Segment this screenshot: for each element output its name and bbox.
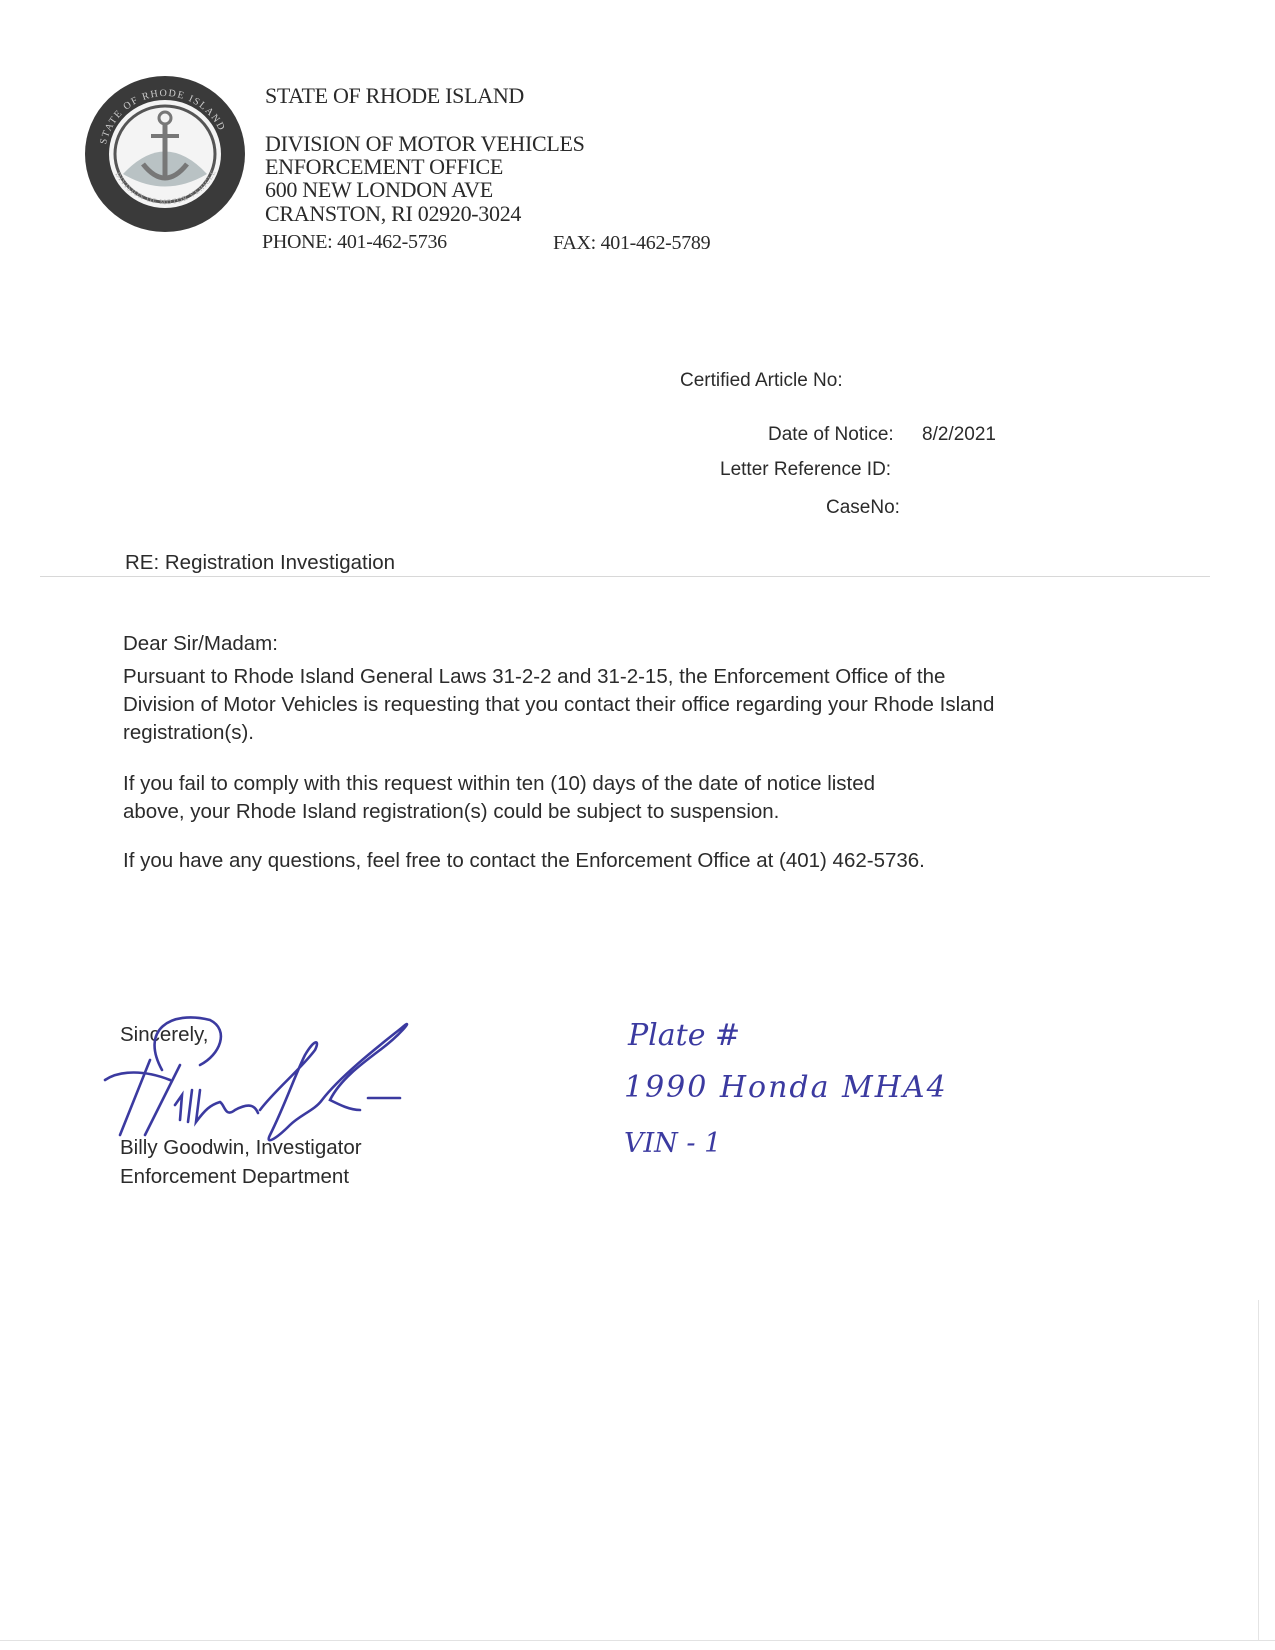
handwritten-plate-label: Plate # <box>628 1018 740 1053</box>
letterhead-phone: PHONE: 401-462-5736 <box>262 231 447 254</box>
paragraph-1-line-1: Pursuant to Rhode Island General Laws 31… <box>123 663 945 691</box>
paragraph-1-line-2: Division of Motor Vehicles is requesting… <box>123 691 994 719</box>
subject-line: RE: Registration Investigation <box>125 549 395 577</box>
handwritten-vin: VIN - 1 <box>624 1128 721 1159</box>
date-of-notice-label: Date of Notice: <box>768 424 894 446</box>
case-number-label: CaseNo: <box>826 497 900 519</box>
handwritten-signature <box>100 1010 430 1150</box>
paragraph-2-line-1: If you fail to comply with this request … <box>123 770 875 798</box>
paragraph-1-line-3: registration(s). <box>123 719 254 747</box>
signer-department: Enforcement Department <box>120 1163 349 1191</box>
certified-article-label: Certified Article No: <box>680 370 843 392</box>
letterhead-fax: FAX: 401-462-5789 <box>553 232 710 255</box>
rhode-island-seal-icon: STATE OF RHODE ISLAND DIVISION OF MOTOR … <box>83 74 247 234</box>
paragraph-3: If you have any questions, feel free to … <box>123 847 925 875</box>
date-of-notice-value: 8/2/2021 <box>922 424 996 446</box>
paragraph-2-line-2: above, your Rhode Island registration(s)… <box>123 798 779 826</box>
salutation: Dear Sir/Madam: <box>123 630 278 658</box>
handwritten-vehicle: 1990 Honda MHA4 <box>624 1070 948 1105</box>
letterhead-street: 600 NEW LONDON AVE <box>265 177 493 203</box>
letterhead-city: CRANSTON, RI 02920-3024 <box>265 201 521 227</box>
letterhead-state: STATE OF RHODE ISLAND <box>265 83 524 109</box>
letter-reference-label: Letter Reference ID: <box>720 459 891 481</box>
signer-name-title: Billy Goodwin, Investigator <box>120 1134 362 1162</box>
